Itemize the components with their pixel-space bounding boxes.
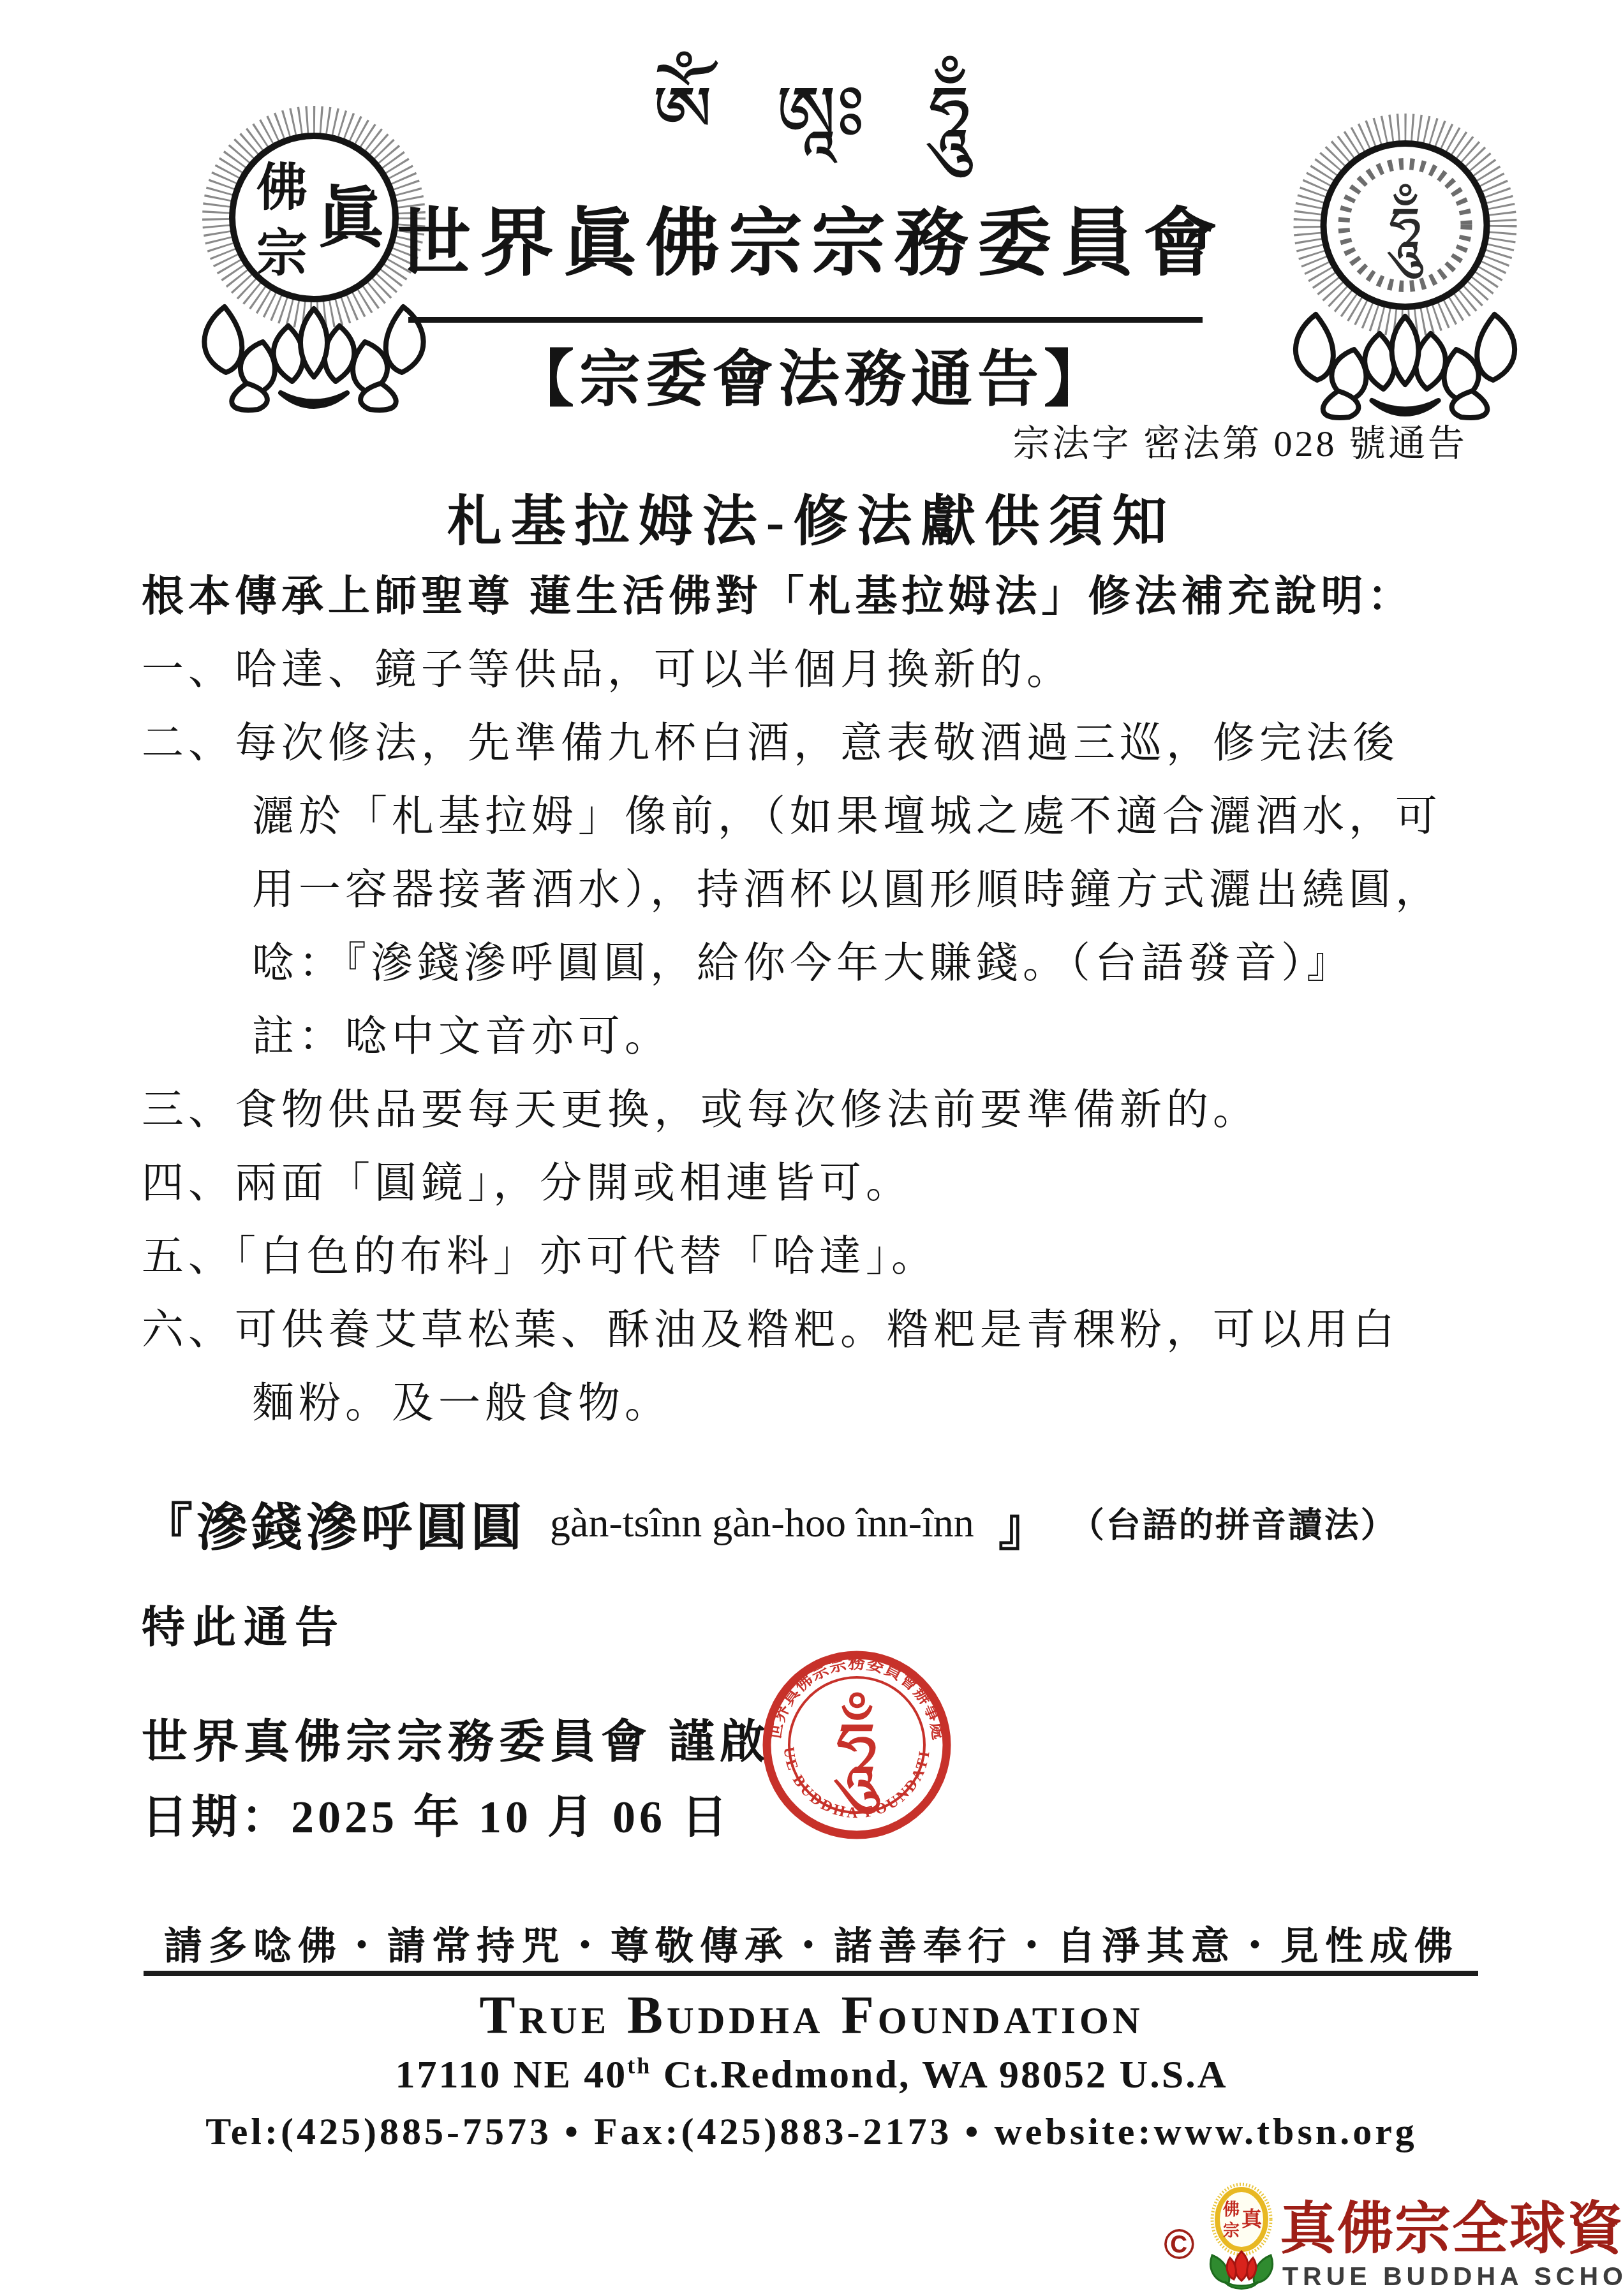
body-line: 二、每次修法，先準備九杯白酒，意表敬酒過三巡，修完法後 xyxy=(142,707,1532,780)
bulletin-type: 【宗委會法務通告】 xyxy=(0,330,1623,418)
footer-motto: 請多唸佛・請常持咒・尊敬傳承・諸善奉行・自淨其意・見性成佛 xyxy=(0,1916,1623,1971)
title-underline xyxy=(408,317,1203,323)
body-line: 註：唸中文音亦可。 xyxy=(142,1000,1532,1073)
svg-text:佛: 佛 xyxy=(1223,2200,1240,2219)
signature-org: 世界真佛宗宗務委員會 謹啟 xyxy=(142,1704,771,1770)
document-page: ཨོཾ ཨཱཿ ཧཱུྃ 佛 眞 宗 xyxy=(0,0,1623,2296)
body-line: 麵粉。及一般食物。 xyxy=(142,1367,1532,1440)
address-ordinal: th xyxy=(627,2053,651,2079)
foundation-seal: 世界真佛宗宗務委員會辦事處 TRUE BUDDHA FOUNDATION ཧཱུ… xyxy=(761,1649,952,1844)
body-line: 四、兩面「圓鏡」，分開或相連皆可。 xyxy=(142,1147,1532,1220)
org-title: 世界眞佛宗宗務委員會 xyxy=(0,184,1623,290)
tbsn-brand: © 佛 真 宗 真佛宗全球資訊網 TRUE BUDDHA SCHOOL NET xyxy=(1161,2180,1608,2295)
svg-text:宗: 宗 xyxy=(1223,2221,1240,2240)
address-part: Ct.Redmond, WA 98052 U.S.A xyxy=(651,2053,1227,2096)
footer-divider xyxy=(144,1971,1478,1976)
mantra-note: （台語的拼音讀法） xyxy=(1070,1506,1397,1545)
address-part: 17110 NE 40 xyxy=(396,2053,628,2096)
mantra-romanization: gàn-tsînn gàn-hoo înn-înn xyxy=(550,1500,974,1545)
svg-text:真: 真 xyxy=(1241,2207,1263,2230)
tbsn-emblem-icon: 佛 真 宗 xyxy=(1206,2180,1277,2296)
notice-body: 根本傳承上師聖尊 蓮生活佛對「札基拉姆法」修法補充說明： 一、哈達、鏡子等供品，… xyxy=(142,560,1532,1440)
tbsn-name-english: TRUE BUDDHA SCHOOL NET xyxy=(1282,2262,1623,2292)
copyright-icon: © xyxy=(1164,2219,1195,2268)
lotus-leaves-icon xyxy=(1211,2251,1273,2289)
body-line: 唸：『滲錢滲呼圓圓，給你今年大賺錢。（台語發音）』 xyxy=(142,927,1532,1000)
mantra-line: 『滲錢滲呼圓圓 gàn-tsînn gàn-hoo înn-înn 』 （台語的… xyxy=(142,1486,1545,1559)
seal-icon: 世界真佛宗宗務委員會辦事處 TRUE BUDDHA FOUNDATION ཧཱུ… xyxy=(761,1649,952,1841)
body-line: 用一容器接著酒水），持酒杯以圓形順時鐘方式灑出繞圓， xyxy=(142,853,1532,927)
body-line: 一、哈達、鏡子等供品，可以半個月換新的。 xyxy=(142,633,1532,707)
closing-statement: 特此通告 xyxy=(142,1593,346,1655)
body-line: 三、食物供品要每天更換，或每次修法前要準備新的。 xyxy=(142,1073,1532,1147)
footer-contact: Tel:(425)885-7573 • Fax:(425)883-2173 • … xyxy=(0,2110,1623,2154)
svg-text:ཧཱུྃ: ཧཱུྃ xyxy=(833,1692,880,1814)
page-title: 札基拉姆法-修法獻供須知 xyxy=(0,477,1623,556)
mantra-close-quote: 』 xyxy=(998,1500,1049,1556)
signature-date: 日期：2025 年 10 月 06 日 xyxy=(142,1779,731,1846)
body-intro: 根本傳承上師聖尊 蓮生活佛對「札基拉姆法」修法補充說明： xyxy=(142,560,1532,633)
notice-number: 宗法字 密法第 028 號通告 xyxy=(1012,413,1467,467)
body-line: 五、「白色的布料」亦可代替「哈達」。 xyxy=(142,1220,1532,1293)
mantra-cjk: 『滲錢滲呼圓圓 xyxy=(142,1500,526,1556)
footer-address: 17110 NE 40th Ct.Redmond, WA 98052 U.S.A xyxy=(0,2052,1623,2098)
org-name-english: True Buddha Foundation xyxy=(0,1985,1623,2047)
body-line: 灑於「札基拉姆」像前，（如果壇城之處不適合灑酒水，可 xyxy=(142,780,1532,853)
tbsn-name-chinese: 真佛宗全球資訊網 xyxy=(1280,2184,1623,2264)
body-line: 六、可供養艾草松葉、酥油及糌粑。糌粑是青稞粉，可以用白 xyxy=(142,1293,1532,1367)
